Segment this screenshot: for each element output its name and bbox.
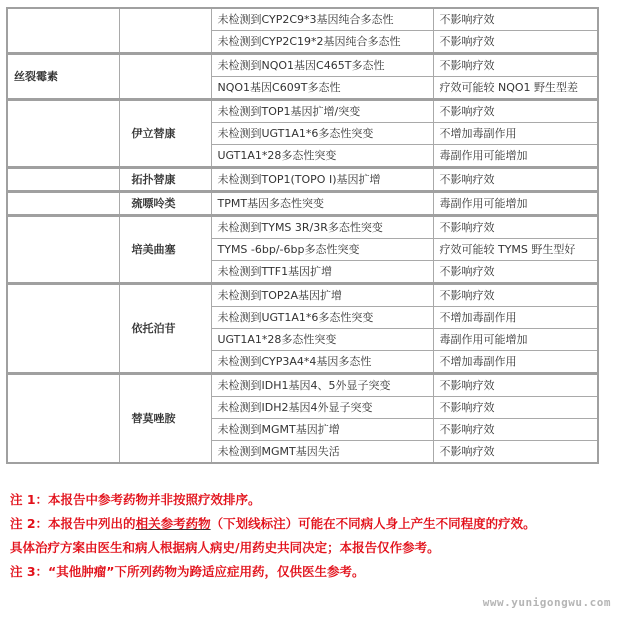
test-result-cell: 未检测到IDH1基因4、5外显子突变: [211, 374, 433, 397]
table-row: 伊立替康 未检测到TOP1基因扩增/突变 不影响疗效: [7, 100, 598, 123]
report-notes: 注 1：本报告中参考药物并非按照疗效排序。 注 2：本报告中列出的相关参考药物（…: [10, 488, 536, 584]
test-result-cell: 未检测到MGMT基因扩增: [211, 419, 433, 441]
note-2-suffix: （下划线标注）可能在不同病人身上产生不同程度的疗效。: [211, 516, 536, 531]
note-2: 注 2：本报告中列出的相关参考药物（下划线标注）可能在不同病人身上产生不同程度的…: [10, 512, 536, 536]
category-cell: [7, 8, 119, 54]
category-cell: [7, 100, 119, 168]
test-result-cell: 未检测到TOP2A基因扩增: [211, 284, 433, 307]
test-result-cell: 未检测到CYP2C9*3基因纯合多态性: [211, 8, 433, 31]
test-result-cell: 未检测到CYP2C19*2基因纯合多态性: [211, 31, 433, 54]
effect-cell: 毒副作用可能增加: [433, 145, 598, 168]
category-cell: 丝裂霉素: [7, 54, 119, 100]
category-cell: [7, 192, 119, 216]
drug-cell: [119, 8, 211, 54]
drug-cell: 拓扑替康: [119, 168, 211, 192]
category-cell: [7, 168, 119, 192]
note-3: 注 3：“其他肿瘤”下所列药物为跨适应症用药，仅供医生参考。: [10, 560, 536, 584]
table-row: 巯嘌呤类 TPMT基因多态性突变 毒副作用可能增加: [7, 192, 598, 216]
effect-cell: 不影响疗效: [433, 419, 598, 441]
effect-cell: 毒副作用可能增加: [433, 192, 598, 216]
effect-cell: 不影响疗效: [433, 31, 598, 54]
effect-cell: 毒副作用可能增加: [433, 329, 598, 351]
test-result-cell: TPMT基因多态性突变: [211, 192, 433, 216]
effect-cell: 不影响疗效: [433, 168, 598, 192]
effect-cell: 不增加毒副作用: [433, 351, 598, 374]
test-result-cell: 未检测到CYP3A4*4基因多态性: [211, 351, 433, 374]
note-1: 注 1：本报告中参考药物并非按照疗效排序。: [10, 488, 536, 512]
effect-cell: 不影响疗效: [433, 397, 598, 419]
effect-cell: 不影响疗效: [433, 284, 598, 307]
test-result-cell: UGT1A1*28多态性突变: [211, 329, 433, 351]
effect-cell: 不影响疗效: [433, 54, 598, 77]
test-result-cell: TYMS -6bp/-6bp多态性突变: [211, 239, 433, 261]
table-row: 替莫唑胺 未检测到IDH1基因4、5外显子突变 不影响疗效: [7, 374, 598, 397]
drug-cell: [119, 54, 211, 100]
table-row: 丝裂霉素 未检测到NQO1基因C465T多态性 不影响疗效: [7, 54, 598, 77]
test-result-cell: 未检测到NQO1基因C465T多态性: [211, 54, 433, 77]
effect-cell: 不增加毒副作用: [433, 307, 598, 329]
drug-genotype-table: 未检测到CYP2C9*3基因纯合多态性 不影响疗效 未检测到CYP2C19*2基…: [6, 7, 599, 464]
test-result-cell: 未检测到TOP1基因扩增/突变: [211, 100, 433, 123]
test-result-cell: 未检测到IDH2基因4外显子突变: [211, 397, 433, 419]
effect-cell: 不影响疗效: [433, 261, 598, 284]
test-result-cell: 未检测到UGT1A1*6多态性突变: [211, 307, 433, 329]
drug-cell: 替莫唑胺: [119, 374, 211, 464]
test-result-cell: NQO1基因C609T多态性: [211, 77, 433, 100]
table-row: 拓扑替康 未检测到TOP1(TOPO I)基因扩增 不影响疗效: [7, 168, 598, 192]
test-result-cell: 未检测到TTF1基因扩增: [211, 261, 433, 284]
table-row: 未检测到CYP2C9*3基因纯合多态性 不影响疗效: [7, 8, 598, 31]
effect-cell: 不影响疗效: [433, 374, 598, 397]
effect-cell: 不影响疗效: [433, 100, 598, 123]
test-result-cell: 未检测到TOP1(TOPO I)基因扩增: [211, 168, 433, 192]
test-result-cell: UGT1A1*28多态性突变: [211, 145, 433, 168]
test-result-cell: 未检测到MGMT基因失活: [211, 441, 433, 464]
test-result-cell: 未检测到UGT1A1*6多态性突变: [211, 123, 433, 145]
category-cell: [7, 374, 119, 464]
effect-cell: 不影响疗效: [433, 8, 598, 31]
effect-cell: 不影响疗效: [433, 441, 598, 464]
note-2-underlined-term: 相关参考药物: [136, 516, 211, 531]
table-row: 依托泊苷 未检测到TOP2A基因扩增 不影响疗效: [7, 284, 598, 307]
effect-cell: 不影响疗效: [433, 216, 598, 239]
watermark: www.yunigongwu.com: [483, 596, 611, 609]
drug-cell: 巯嘌呤类: [119, 192, 211, 216]
table-row: 培美曲塞 未检测到TYMS 3R/3R多态性突变 不影响疗效: [7, 216, 598, 239]
note-2-prefix: 注 2：本报告中列出的: [10, 516, 136, 531]
effect-cell: 疗效可能较 TYMS 野生型好: [433, 239, 598, 261]
drug-cell: 伊立替康: [119, 100, 211, 168]
effect-cell: 不增加毒副作用: [433, 123, 598, 145]
test-result-cell: 未检测到TYMS 3R/3R多态性突变: [211, 216, 433, 239]
category-cell: [7, 284, 119, 374]
drug-cell: 培美曲塞: [119, 216, 211, 284]
note-2-line-2: 具体治疗方案由医生和病人根据病人病史/用药史共同决定；本报告仅作参考。: [10, 536, 536, 560]
effect-cell: 疗效可能较 NQO1 野生型差: [433, 77, 598, 100]
category-cell: [7, 216, 119, 284]
drug-cell: 依托泊苷: [119, 284, 211, 374]
